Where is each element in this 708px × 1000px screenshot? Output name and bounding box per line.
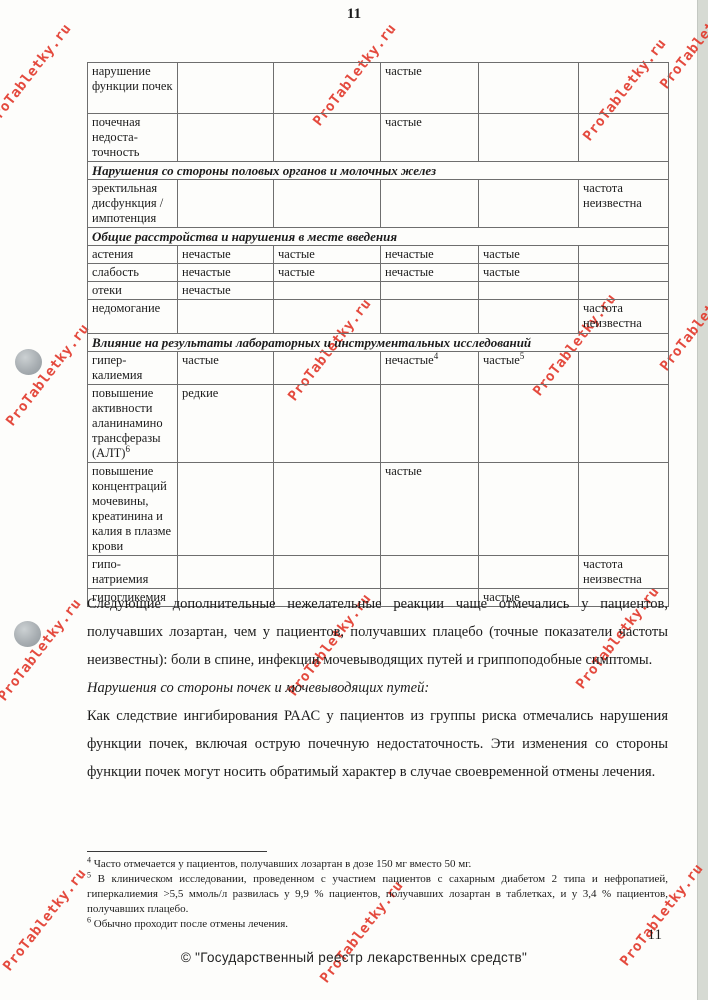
table-cell bbox=[381, 282, 479, 300]
table-cell bbox=[479, 463, 579, 556]
table-row: гипер-калиемиячастыенечастые4частые5 bbox=[88, 352, 669, 385]
table-cell: частые5 bbox=[479, 352, 579, 385]
watermark: ProTabletky.ru bbox=[0, 21, 75, 129]
table-cell bbox=[381, 556, 479, 589]
table-cell: нарушение функции почек bbox=[88, 63, 178, 114]
table-cell bbox=[381, 385, 479, 463]
section-header-cell: Общие расстройства и нарушения в месте в… bbox=[88, 228, 669, 246]
table-row: отекинечастые bbox=[88, 282, 669, 300]
table-row: гипо-натриемиячастота неизвестна bbox=[88, 556, 669, 589]
table-cell bbox=[274, 385, 381, 463]
table-cell bbox=[579, 114, 669, 162]
table-cell: отеки bbox=[88, 282, 178, 300]
table-section-row: Нарушения со стороны половых органов и м… bbox=[88, 162, 669, 180]
scanned-document-page: ProTabletky.ru ProTabletky.ru ProTabletk… bbox=[0, 0, 708, 1000]
table-cell bbox=[178, 300, 274, 334]
footnotes-block: 4 Часто отмечается у пациентов, получавш… bbox=[87, 851, 668, 932]
table-cell bbox=[178, 556, 274, 589]
table-cell: астения bbox=[88, 246, 178, 264]
table-cell bbox=[274, 556, 381, 589]
adverse-reactions-table: нарушение функции почекчастыепочечная не… bbox=[87, 62, 669, 607]
footnote-marker: 5 bbox=[87, 870, 91, 879]
table-cell: частые bbox=[274, 264, 381, 282]
adverse-reactions-table-body: нарушение функции почекчастыепочечная не… bbox=[88, 63, 669, 607]
paragraph-additional-reactions: Следующие дополнительные нежелательные р… bbox=[87, 590, 668, 674]
table-cell bbox=[274, 63, 381, 114]
footnote: 6 Обычно проходит после отмены лечения. bbox=[87, 917, 668, 932]
footnote-text: В клиническом исследовании, проведенном … bbox=[87, 873, 668, 915]
table-section-row: Влияние на результаты лабораторных и инс… bbox=[88, 334, 669, 352]
table-cell bbox=[274, 180, 381, 228]
table-cell bbox=[479, 282, 579, 300]
table-row: эректильная дисфункция /импотенциячастот… bbox=[88, 180, 669, 228]
table-cell bbox=[479, 114, 579, 162]
table-cell: нечастые bbox=[178, 246, 274, 264]
scan-edge-band bbox=[697, 0, 708, 1000]
punch-hole-bottom bbox=[14, 621, 41, 647]
paragraph-raas-inhibition: Как следствие ингибирования РААС у пацие… bbox=[87, 702, 668, 786]
table-cell: повышение концентраций мочевины, креатин… bbox=[88, 463, 178, 556]
table-cell: эректильная дисфункция /импотенция bbox=[88, 180, 178, 228]
table-row: нарушение функции почекчастые bbox=[88, 63, 669, 114]
table-cell: нечастые4 bbox=[381, 352, 479, 385]
page-number-top: 11 bbox=[0, 6, 708, 23]
table-cell: частота неизвестна bbox=[579, 556, 669, 589]
section-header-cell: Влияние на результаты лабораторных и инс… bbox=[88, 334, 669, 352]
table-cell: повышение активности аланинамино трансфе… bbox=[88, 385, 178, 463]
table-cell bbox=[178, 463, 274, 556]
table-row: повышение концентраций мочевины, креатин… bbox=[88, 463, 669, 556]
table-cell: частые bbox=[381, 463, 479, 556]
table-cell: частота неизвестна bbox=[579, 180, 669, 228]
table-cell bbox=[479, 300, 579, 334]
table-row: повышение активности аланинамино трансфе… bbox=[88, 385, 669, 463]
footnote-reference: 6 bbox=[125, 444, 130, 454]
footnote-reference: 5 bbox=[520, 352, 525, 361]
table-cell bbox=[274, 463, 381, 556]
table-cell bbox=[579, 463, 669, 556]
footnote-marker: 6 bbox=[87, 915, 91, 924]
table-cell bbox=[579, 385, 669, 463]
table-cell bbox=[479, 385, 579, 463]
footnote: 4 Часто отмечается у пациентов, получавш… bbox=[87, 857, 668, 872]
footnote: 5 В клиническом исследовании, проведенно… bbox=[87, 872, 668, 917]
table-row: слабостьнечастыечастыенечастыечастые bbox=[88, 264, 669, 282]
table-cell bbox=[274, 114, 381, 162]
table-cell bbox=[274, 352, 381, 385]
watermark: ProTabletky.ru bbox=[0, 596, 85, 704]
table-cell: частые bbox=[381, 114, 479, 162]
table-cell bbox=[479, 63, 579, 114]
table-cell bbox=[274, 282, 381, 300]
page-number-bottom: 11 bbox=[648, 927, 662, 944]
table-cell: слабость bbox=[88, 264, 178, 282]
table-cell bbox=[579, 264, 669, 282]
table-cell: частота неизвестна bbox=[579, 300, 669, 334]
table-cell bbox=[579, 282, 669, 300]
footnote-reference: 4 bbox=[434, 352, 439, 361]
table-cell bbox=[381, 300, 479, 334]
table-cell bbox=[274, 300, 381, 334]
table-cell bbox=[178, 114, 274, 162]
table-cell: почечная недоста-точность bbox=[88, 114, 178, 162]
table-cell: частые bbox=[178, 352, 274, 385]
footnote-text: Обычно проходит после отмены лечения. bbox=[94, 918, 288, 930]
table-section-row: Общие расстройства и нарушения в месте в… bbox=[88, 228, 669, 246]
table-cell bbox=[178, 63, 274, 114]
table-cell bbox=[479, 556, 579, 589]
table-cell bbox=[579, 246, 669, 264]
table-cell bbox=[178, 180, 274, 228]
table-row: недомоганиечастота неизвестна bbox=[88, 300, 669, 334]
table-cell: гипо-натриемия bbox=[88, 556, 178, 589]
watermark: ProTabletky.ru bbox=[3, 321, 93, 429]
body-text-block: Следующие дополнительные нежелательные р… bbox=[87, 590, 668, 786]
table-cell: частые bbox=[479, 264, 579, 282]
footnote-marker: 4 bbox=[87, 855, 91, 864]
table-cell: нечастые bbox=[381, 264, 479, 282]
table-cell bbox=[479, 180, 579, 228]
table-cell: редкие bbox=[178, 385, 274, 463]
table-cell: недомогание bbox=[88, 300, 178, 334]
punch-hole-top bbox=[15, 349, 42, 375]
table-cell: частые bbox=[274, 246, 381, 264]
footnote-separator bbox=[87, 851, 267, 852]
section-header-cell: Нарушения со стороны половых органов и м… bbox=[88, 162, 669, 180]
footer-copyright: © "Государственный реестр лекарственных … bbox=[0, 950, 708, 965]
table-cell bbox=[579, 63, 669, 114]
table-cell: нечастые bbox=[381, 246, 479, 264]
table-cell: нечастые bbox=[178, 282, 274, 300]
footnote-text: Часто отмечается у пациентов, получавших… bbox=[94, 858, 472, 870]
table-cell: нечастые bbox=[178, 264, 274, 282]
table-cell: частые bbox=[381, 63, 479, 114]
table-cell: гипер-калиемия bbox=[88, 352, 178, 385]
table-cell bbox=[381, 180, 479, 228]
table-cell: частые bbox=[479, 246, 579, 264]
table-row: почечная недоста-точностьчастые bbox=[88, 114, 669, 162]
subheading-renal-disorders: Нарушения со стороны почек и мочевыводящ… bbox=[87, 674, 668, 702]
table-row: астениянечастыечастыенечастыечастые bbox=[88, 246, 669, 264]
table-cell bbox=[579, 352, 669, 385]
